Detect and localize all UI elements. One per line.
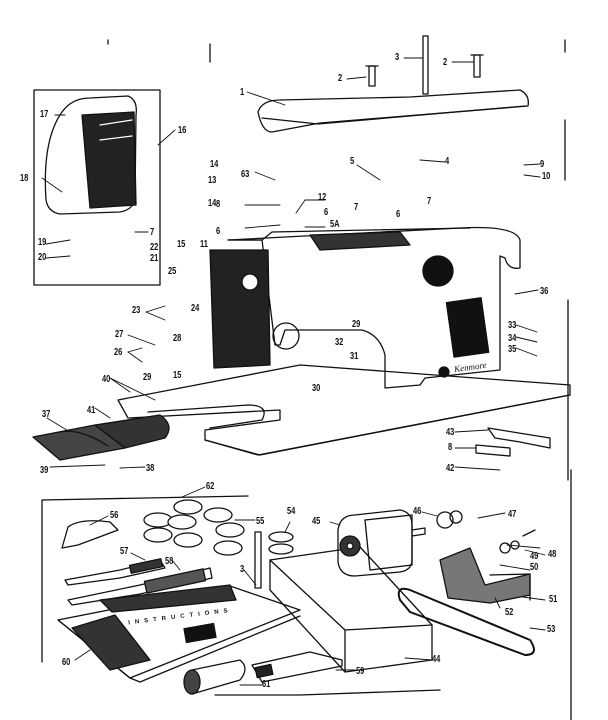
part-label-7: 7 (150, 228, 154, 238)
part-label-37: 37 (42, 410, 50, 420)
part-label-41: 41 (87, 406, 95, 416)
part-label-1: 1 (240, 88, 244, 98)
part-label-16: 16 (178, 126, 186, 136)
part-label-21: 21 (150, 254, 158, 264)
part-label-46: 46 (413, 507, 421, 517)
part-label-62: 62 (206, 482, 214, 492)
part-label-54: 54 (287, 507, 295, 517)
part-label-7: 7 (354, 203, 358, 213)
part-label-26: 26 (114, 348, 122, 358)
part-label-52: 52 (505, 608, 513, 618)
part-label-17: 17 (40, 110, 48, 120)
part-label-18: 18 (20, 174, 28, 184)
part-label-20: 20 (38, 253, 46, 263)
part-label-12: 12 (318, 193, 326, 203)
part-label-32: 32 (335, 338, 343, 348)
part-label-6: 6 (216, 227, 220, 237)
part-label-15: 15 (173, 371, 181, 381)
part-label-6: 6 (396, 210, 400, 220)
part-label-2: 2 (443, 58, 447, 68)
part-label-35: 35 (508, 345, 516, 355)
part-label-45: 45 (312, 517, 320, 527)
part-label-24: 24 (191, 304, 199, 314)
motor (338, 510, 425, 576)
part-label-10: 10 (542, 172, 550, 182)
face-cover (45, 96, 136, 214)
part-label-3: 3 (395, 53, 399, 63)
top-cover (258, 90, 528, 132)
part-label-44: 44 (432, 655, 440, 665)
part-label-3: 3 (240, 565, 244, 575)
part-label-57: 57 (120, 547, 128, 557)
part-label-8: 8 (216, 200, 220, 210)
part-label-33: 33 (508, 321, 516, 331)
part-label-51: 51 (549, 595, 557, 605)
part-label-53: 53 (547, 625, 555, 635)
part-label-39: 39 (40, 466, 48, 476)
part-label-29: 29 (352, 320, 360, 330)
part-label-59: 59 (356, 667, 364, 677)
part-label-55: 55 (256, 517, 264, 527)
parts-diagram (0, 0, 608, 720)
part-label-4: 4 (445, 157, 449, 167)
part-label-58: 58 (165, 557, 173, 567)
part-label-27: 27 (115, 330, 123, 340)
part-label-15: 15 (177, 240, 185, 250)
part-label-2: 2 (338, 74, 342, 84)
part-label-5: 5 (350, 157, 354, 167)
part-label-9: 9 (540, 160, 544, 170)
part-label-19: 19 (38, 238, 46, 248)
part-label-23: 23 (132, 306, 140, 316)
part-label-56: 56 (110, 511, 118, 521)
part-label-47: 47 (508, 510, 516, 520)
part-label-38: 38 (146, 464, 154, 474)
part-label-42: 42 (446, 464, 454, 474)
part-label-36: 36 (540, 287, 548, 297)
part-label-31: 31 (350, 352, 358, 362)
part-label-61: 61 (262, 680, 270, 690)
part-label-30: 30 (312, 384, 320, 394)
part-label-22: 22 (150, 243, 158, 253)
part-label-48: 48 (548, 550, 556, 560)
part-label-60: 60 (62, 658, 70, 668)
part-label-43: 43 (446, 428, 454, 438)
part-label-6: 6 (324, 208, 328, 218)
part-label-25: 25 (168, 267, 176, 277)
part-label-29: 29 (143, 373, 151, 383)
machine-bed (118, 365, 570, 455)
part-label-28: 28 (173, 334, 181, 344)
part-label-34: 34 (508, 334, 516, 344)
part-label-49: 49 (530, 552, 538, 562)
part-label-14: 14 (210, 160, 218, 170)
part-label-40: 40 (102, 375, 110, 385)
part-label-13: 13 (208, 176, 216, 186)
part-label-50: 50 (530, 563, 538, 573)
part-label-8: 8 (448, 443, 452, 453)
part-label-5a: 5A (330, 220, 340, 230)
bobbin-group (144, 500, 244, 555)
part-label-63: 63 (241, 170, 249, 180)
part-label-11: 11 (200, 240, 208, 250)
part-label-7: 7 (427, 197, 431, 207)
